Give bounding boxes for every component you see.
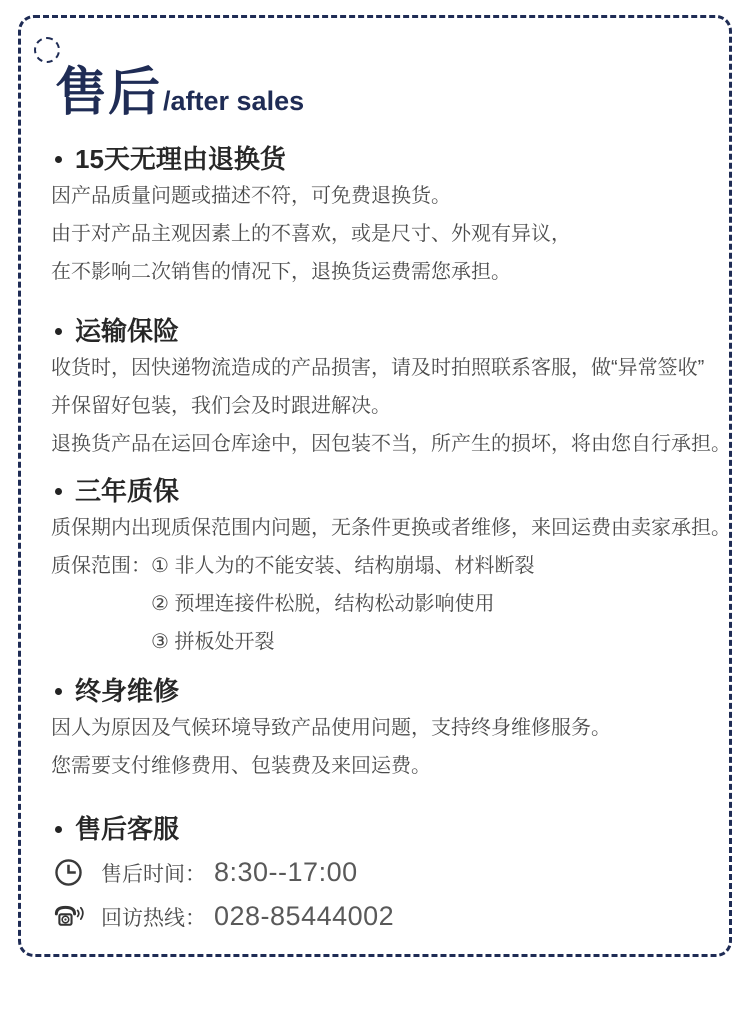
body-line: 因产品质量问题或描述不符，可免费退换货。	[51, 177, 729, 215]
section-return-policy: 15天无理由退换货 因产品质量问题或描述不符，可免费退换货。 由于对产品主观因素…	[51, 141, 729, 291]
warranty-scope-item: ③ 拼板处开裂	[151, 623, 535, 661]
warranty-scope-item: ② 预埋连接件松脱，结构松动影响使用	[151, 585, 535, 623]
section-warranty: 三年质保 质保期内出现质保范围内问题，无条件更换或者维修，来回运费由卖家承担。 …	[51, 473, 729, 661]
bullet-icon	[55, 156, 62, 163]
page-title-zh: 售后	[55, 66, 161, 121]
section-customer-service-title: 售后客服	[51, 811, 729, 847]
hotline-label: 回访热线：	[101, 902, 206, 932]
page-title: 售后 /after sales	[55, 66, 729, 121]
body-line: 您需要支付维修费用、包装费及来回运费。	[51, 747, 729, 785]
section-warranty-body: 质保期内出现质保范围内问题，无条件更换或者维修，来回运费由卖家承担。 质保范围：…	[51, 509, 729, 661]
section-title-text: 售后客服	[75, 811, 179, 847]
clock-icon	[51, 857, 85, 888]
section-warranty-title: 三年质保	[51, 473, 729, 509]
body-line: 在不影响二次销售的情况下，退换货运费需您承担。	[51, 253, 729, 291]
section-shipping-insurance: 运输保险 收货时，因快递物流造成的产品损害，请及时拍照联系客服，做“异常签收” …	[51, 313, 729, 463]
bullet-icon	[55, 826, 62, 833]
section-shipping-insurance-title: 运输保险	[51, 313, 729, 349]
after-sales-card: 售后 /after sales 15天无理由退换货 因产品质量问题或描述不符，可…	[18, 15, 732, 957]
hotline-value: 028-85444002	[214, 901, 394, 932]
warranty-scope-item: ① 非人为的不能安装、结构崩塌、材料断裂	[151, 547, 535, 585]
section-title-text: 终身维修	[75, 673, 179, 709]
section-lifetime-repair-title: 终身维修	[51, 673, 729, 709]
section-title-text: 运输保险	[75, 313, 179, 349]
body-line: 退换货产品在运回仓库途中，因包装不当，所产生的损坏，将由您自行承担。	[51, 425, 729, 463]
body-line: 收货时，因快递物流造成的产品损害，请及时拍照联系客服，做“异常签收”	[51, 349, 729, 387]
phone-icon	[51, 902, 85, 931]
section-return-policy-body: 因产品质量问题或描述不符，可免费退换货。 由于对产品主观因素上的不喜欢，或是尺寸…	[51, 177, 729, 291]
hotline-row: 回访热线： 028-85444002	[51, 897, 729, 937]
section-lifetime-repair-body: 因人为原因及气候环境导致产品使用问题，支持终身维修服务。 您需要支付维修费用、包…	[51, 709, 729, 785]
body-line: 并保留好包装，我们会及时跟进解决。	[51, 387, 729, 425]
section-title-text: 三年质保	[75, 473, 179, 509]
body-line: 由于对产品主观因素上的不喜欢，或是尺寸、外观有异议，	[51, 215, 729, 253]
warranty-scope: 质保范围： ① 非人为的不能安装、结构崩塌、材料断裂 ② 预埋连接件松脱，结构松…	[51, 547, 729, 661]
section-title-text: 15天无理由退换货	[75, 141, 286, 177]
bullet-icon	[55, 488, 62, 495]
service-hours-row: 售后时间： 8:30--17:00	[51, 853, 729, 893]
section-shipping-insurance-body: 收货时，因快递物流造成的产品损害，请及时拍照联系客服，做“异常签收” 并保留好包…	[51, 349, 729, 463]
section-return-policy-title: 15天无理由退换货	[51, 141, 729, 177]
page-title-en: /after sales	[163, 86, 304, 117]
bullet-icon	[55, 328, 62, 335]
bullet-icon	[55, 688, 62, 695]
body-line: 质保期内出现质保范围内问题，无条件更换或者维修，来回运费由卖家承担。	[51, 509, 729, 547]
service-hours-label: 售后时间：	[101, 858, 206, 888]
warranty-scope-items: ① 非人为的不能安装、结构崩塌、材料断裂 ② 预埋连接件松脱，结构松动影响使用 …	[151, 547, 535, 661]
hole-punch-circle-icon	[34, 37, 60, 63]
body-line: 因人为原因及气候环境导致产品使用问题，支持终身维修服务。	[51, 709, 729, 747]
section-customer-service: 售后客服 售后时间： 8:30--17:00	[51, 811, 729, 937]
service-hours-value: 8:30--17:00	[214, 857, 358, 888]
warranty-scope-label: 质保范围：	[51, 547, 151, 661]
section-lifetime-repair: 终身维修 因人为原因及气候环境导致产品使用问题，支持终身维修服务。 您需要支付维…	[51, 673, 729, 785]
